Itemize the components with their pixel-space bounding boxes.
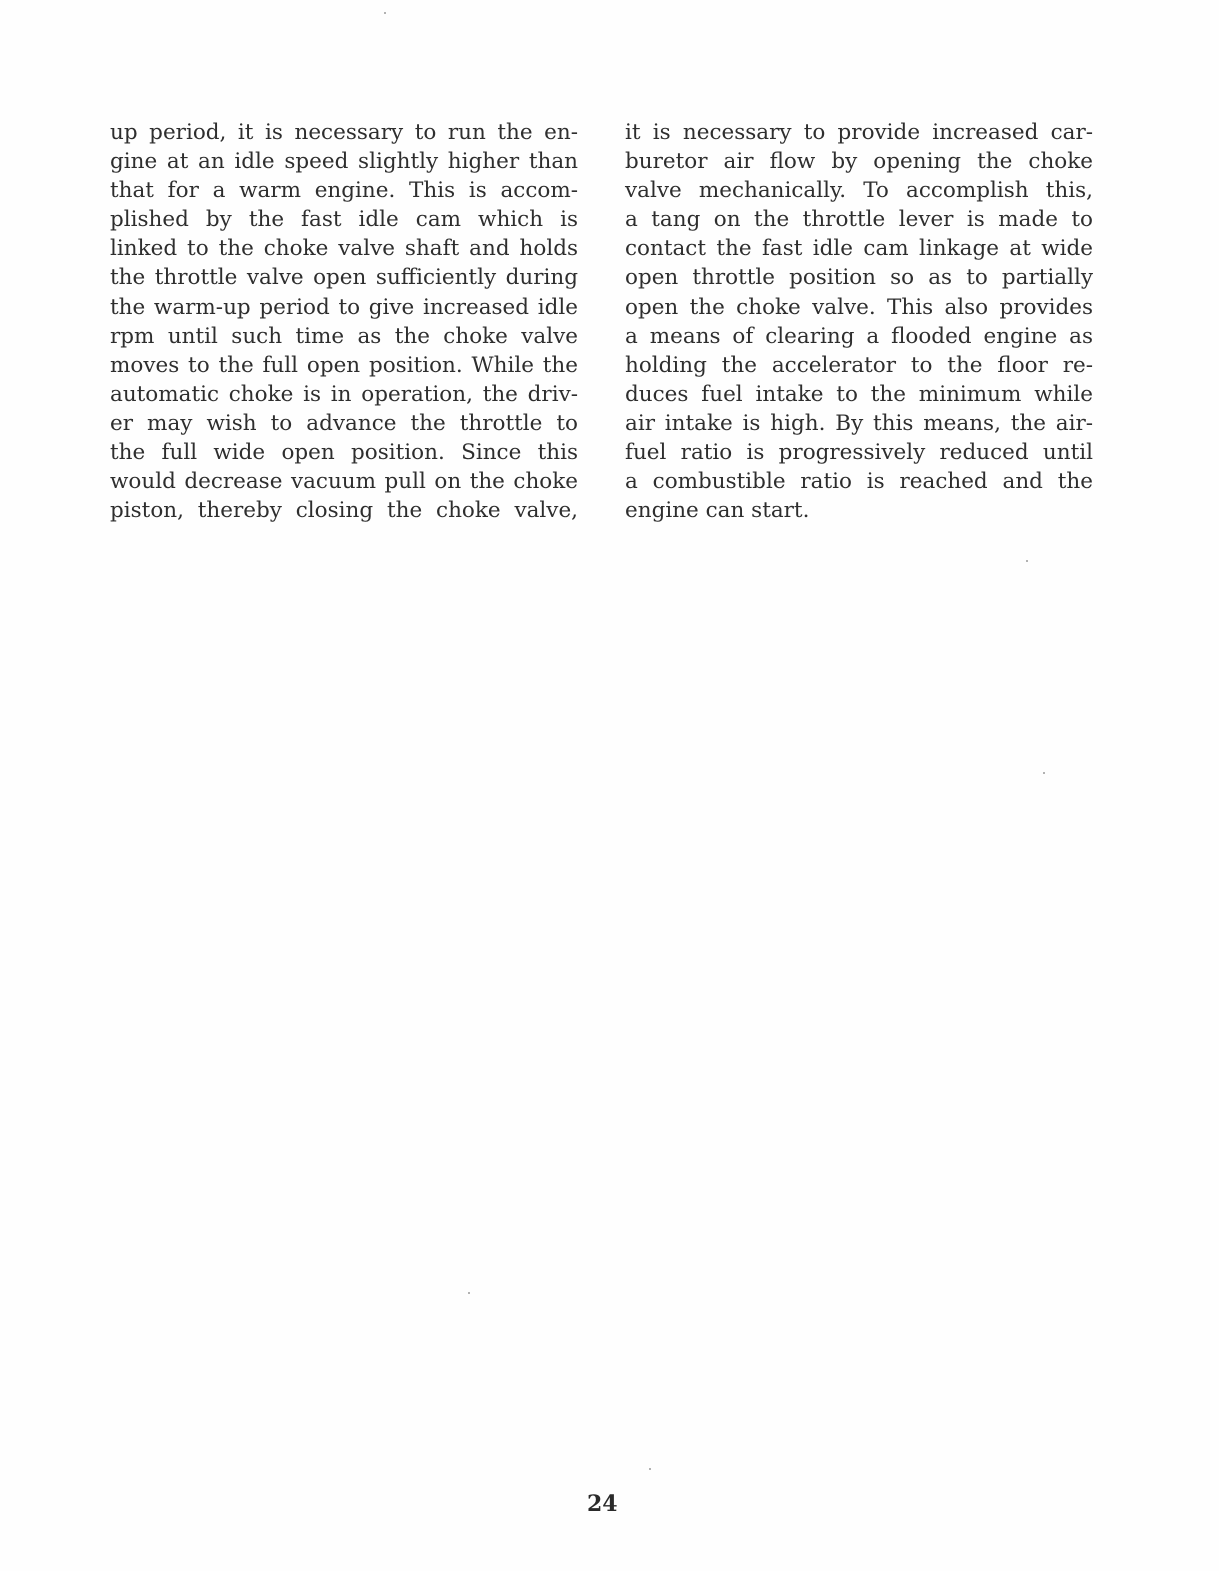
- text-line: open throttle position so as to partiall…: [625, 263, 1093, 292]
- text-line: a combustible ratio is reached and the: [625, 467, 1093, 496]
- text-line: fuel ratio is progressively reduced unti…: [625, 438, 1093, 467]
- text-line: duces fuel intake to the minimum while: [625, 380, 1093, 409]
- text-line: contact the fast idle cam linkage at wid…: [625, 234, 1093, 263]
- left-text-column: up period, it is necessary to run the en…: [110, 118, 578, 525]
- text-line: that for a warm engine. This is accom-: [110, 176, 578, 205]
- text-line: the full wide open position. Since this: [110, 438, 578, 467]
- text-line: the warm-up period to give increased idl…: [110, 293, 578, 322]
- text-line: er may wish to advance the throttle to: [110, 409, 578, 438]
- text-line: the throttle valve open sufficiently dur…: [110, 263, 578, 292]
- text-line: it is necessary to provide increased car…: [625, 118, 1093, 147]
- text-line: air intake is high. By this means, the a…: [625, 409, 1093, 438]
- scan-speck: [384, 12, 386, 14]
- text-line: a means of clearing a flooded engine as: [625, 322, 1093, 351]
- text-line: open the choke valve. This also provides: [625, 293, 1093, 322]
- text-line: up period, it is necessary to run the en…: [110, 118, 578, 147]
- text-line: linked to the choke valve shaft and hold…: [110, 234, 578, 263]
- scan-speck: [468, 1292, 470, 1294]
- text-line: would decrease vacuum pull on the choke: [110, 467, 578, 496]
- text-line: piston, thereby closing the choke valve,: [110, 496, 578, 525]
- text-line: engine can start.: [625, 496, 1093, 525]
- scan-speck: [649, 1468, 651, 1470]
- text-line: plished by the fast idle cam which is: [110, 205, 578, 234]
- text-line: automatic choke is in operation, the dri…: [110, 380, 578, 409]
- page-number: 24: [587, 1491, 617, 1517]
- text-line: rpm until such time as the choke valve: [110, 322, 578, 351]
- document-page: up period, it is necessary to run the en…: [0, 0, 1219, 1571]
- right-text-column: it is necessary to provide increased car…: [625, 118, 1093, 525]
- text-line: valve mechanically. To accomplish this,: [625, 176, 1093, 205]
- text-line: a tang on the throttle lever is made to: [625, 205, 1093, 234]
- text-line: holding the accelerator to the floor re-: [625, 351, 1093, 380]
- text-line: buretor air flow by opening the choke: [625, 147, 1093, 176]
- scan-speck: [1026, 560, 1028, 562]
- scan-speck: [1043, 772, 1045, 774]
- text-line: gine at an idle speed slightly higher th…: [110, 147, 578, 176]
- text-line: moves to the full open position. While t…: [110, 351, 578, 380]
